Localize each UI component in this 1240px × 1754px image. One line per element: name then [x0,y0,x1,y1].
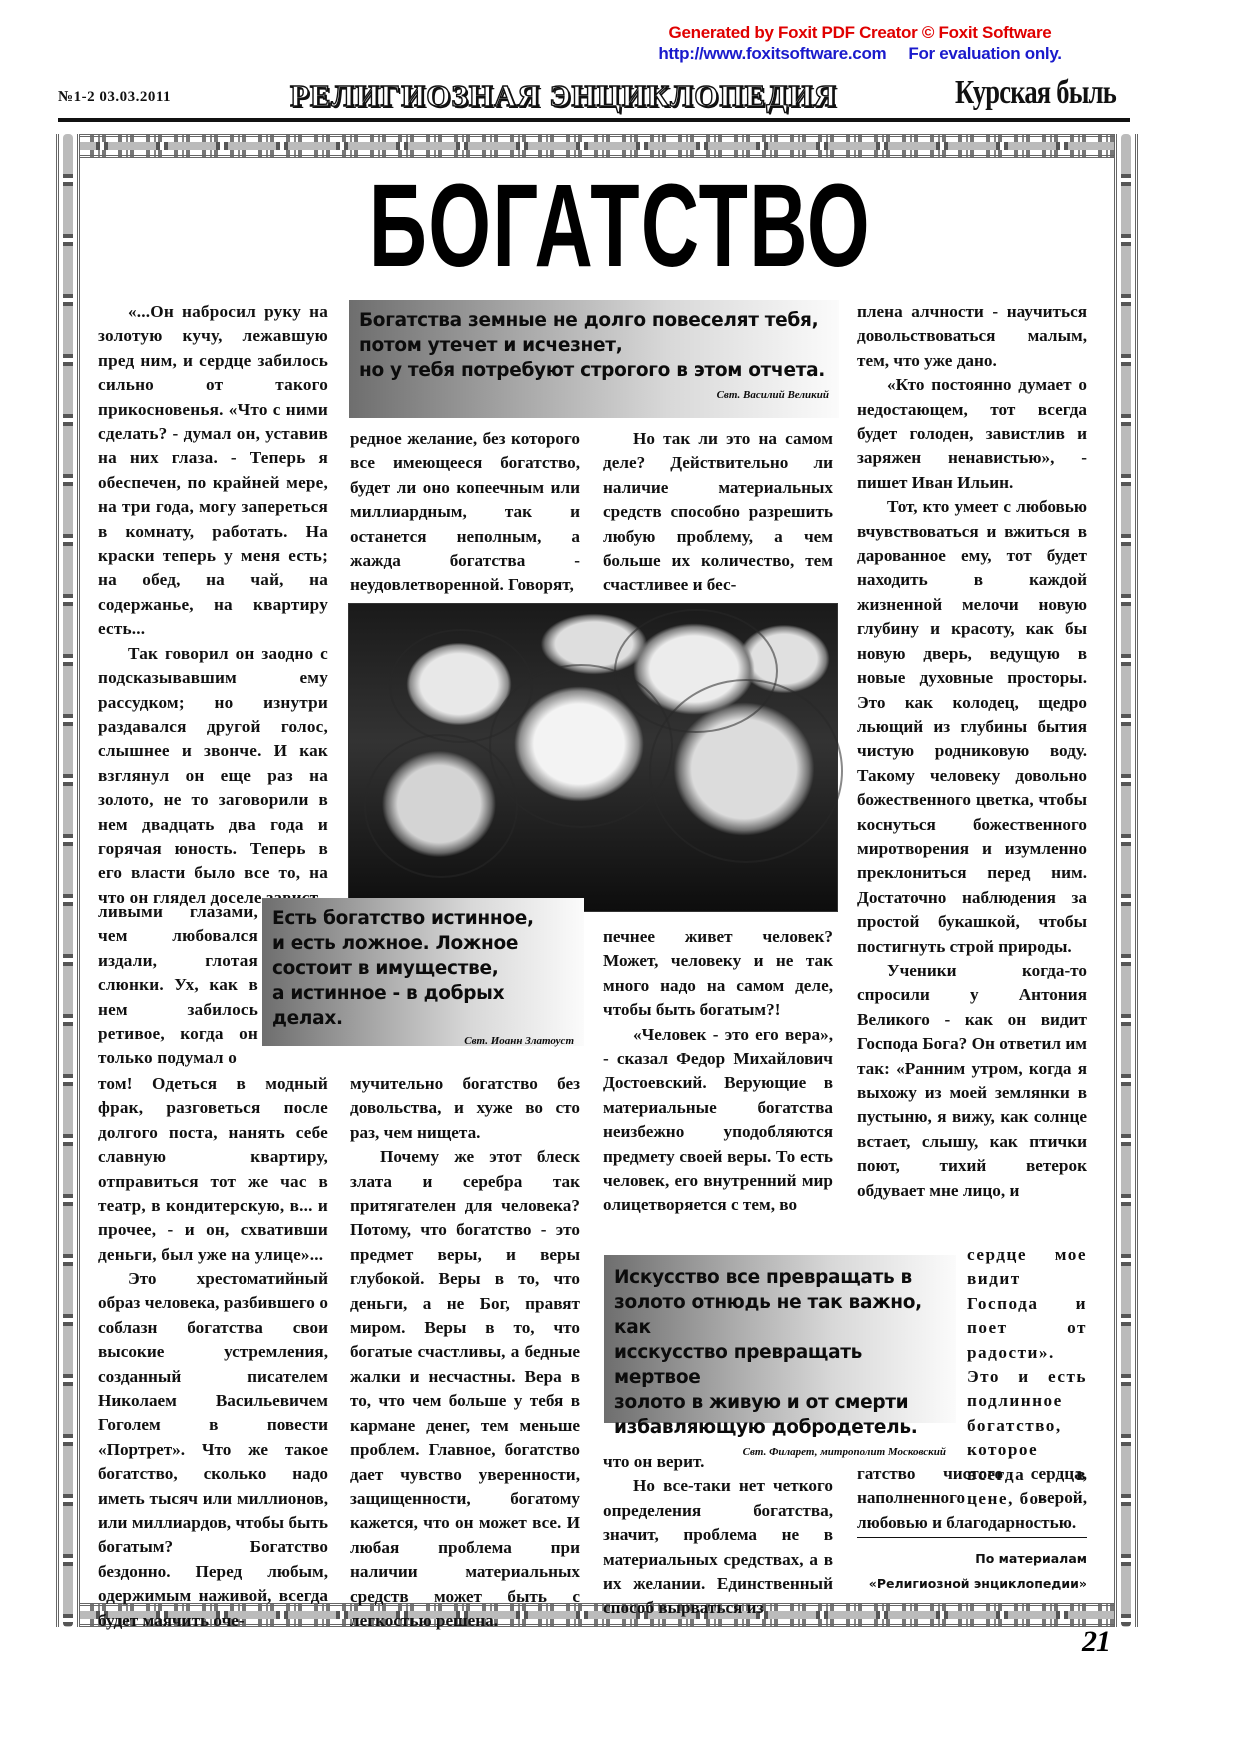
article-column-3-top: Но так ли это на самом деле? Действитель… [603,427,833,598]
article-column-1-bottom: том! Одеться в модный фрак, разговеться … [98,1072,328,1267]
quote-line: Искусство все превращать в [614,1265,946,1290]
paragraph: Тот, кто умеет с любовью вчувствоваться … [857,495,1087,959]
pull-quote-chrysostom: Есть богатство истинное, и есть ложное. … [262,898,584,1046]
quote-author: Свт. Иоанн Златоуст [272,1035,574,1047]
paragraph: что он верит. [603,1450,833,1474]
watermark-note: For evaluation only. [908,44,1061,63]
article-column-3-end: что он верит. Но все-таки нет четкого оп… [603,1450,833,1621]
quote-line: а истинное - в добрых делах. [272,981,574,1031]
quote-line: и есть ложное. Ложное [272,931,574,956]
pull-quote-filaret: Искусство все превращать в золото отнюдь… [604,1255,956,1423]
paragraph: Но все-таки нет четкого определения бога… [603,1474,833,1620]
quote-line: исскусство превращать мертвое [614,1340,946,1390]
decorative-border-left [56,134,80,1627]
header-rule [58,118,1130,122]
watermark-line1: Generated by Foxit PDF Creator © Foxit S… [620,22,1100,43]
paragraph: «...Он набросил руку на золотую кучу, ле… [98,300,328,642]
paragraph: Но так ли это на самом деле? Действитель… [603,427,833,598]
article-column-1-end: Это хрестоматийный образ человека, разби… [98,1267,328,1633]
paragraph: печнее живет человек? Может, человеку и … [603,925,833,1023]
coin-shape [614,609,778,733]
quote-author: Свт. Василий Великий [359,389,829,401]
credit-line1: По материалам [840,1546,1087,1571]
article-column-2-top: редное желание, без которого все имеющее… [350,427,580,598]
coin-shape [364,734,518,878]
paragraph: Это хрестоматийный образ человека, разби… [98,1267,328,1633]
paragraph: редное желание, без которого все имеющее… [350,427,580,598]
paragraph: Так говорил он заодно с подсказывавшим е… [98,642,328,910]
paragraph: гатство чистого сердца, наполненного вер… [857,1462,1087,1535]
paragraph: плена алчности - научиться довольствоват… [857,300,1087,373]
pull-quote-vasily: Богатства земные не долго повеселят тебя… [349,300,839,418]
issue-number-date: №1-2 03.03.2011 [58,89,171,106]
article-column-1-narrow: ливыми глазами, чем любовался издали, гл… [98,900,258,1071]
paragraph: Ученики когда-то спросили у Антония Вели… [857,959,1087,1203]
quote-line: Богатства земные не долго повеселят тебя… [359,308,829,333]
quote-line: золото в живую и от смерти [614,1390,946,1415]
article-column-3-bottom: печнее живет человек? Может, человеку и … [603,925,833,1218]
article-column-4-end: гатство чистого сердца, наполненного вер… [857,1462,1087,1535]
article-column-4: плена алчности - научиться довольствоват… [857,300,1087,1203]
paragraph: «Человек - это его вера», - сказал Федор… [603,1023,833,1218]
watermark-url-link[interactable]: http://www.foxitsoftware.com [658,44,886,63]
article-column-2-bottom: мучительно богатство без довольства, и х… [350,1072,580,1633]
paragraph: «Кто постоянно думает о недостающем, тот… [857,373,1087,495]
quote-line: Есть богатство истинное, [272,906,574,931]
quote-line: избавляющую добродетель. [614,1415,946,1440]
decorative-border-top [56,134,1138,158]
decorative-border-right [1114,134,1138,1627]
quote-line: но у тебя потребуют строгого в этом отче… [359,358,829,383]
quote-line: состоит в имуществе, [272,956,574,981]
coins-photo [348,603,838,912]
paragraph: ливыми глазами, чем любовался издали, гл… [98,900,258,1071]
publication-logo: Курская быль [955,74,1116,112]
source-credit: По материалам «Религиозной энциклопедии» [840,1546,1087,1596]
watermark-line2: http://www.foxitsoftware.comFor evaluati… [620,43,1100,64]
quote-line: потом утечет и исчезнет, [359,333,829,358]
paragraph: Почему же этот блеск злата и серебра так… [350,1145,580,1633]
paragraph: том! Одеться в модный фрак, разговеться … [98,1072,328,1267]
article-title: БОГАТСТВО [174,158,1067,293]
article-column-1-top: «...Он набросил руку на золотую кучу, ле… [98,300,328,910]
paragraph: мучительно богатство без довольства, и х… [350,1072,580,1145]
quote-line: золото отнюдь не так важно, как [614,1290,946,1340]
credit-line2: «Религиозной энциклопедии» [840,1571,1087,1596]
section-title: РЕЛИГИОЗНАЯ ЭНЦИКЛОПЕДИЯ [290,78,837,114]
foxit-watermark: Generated by Foxit PDF Creator © Foxit S… [620,22,1100,64]
credit-rule [857,1537,1087,1538]
page-number: 21 [1082,1625,1110,1659]
